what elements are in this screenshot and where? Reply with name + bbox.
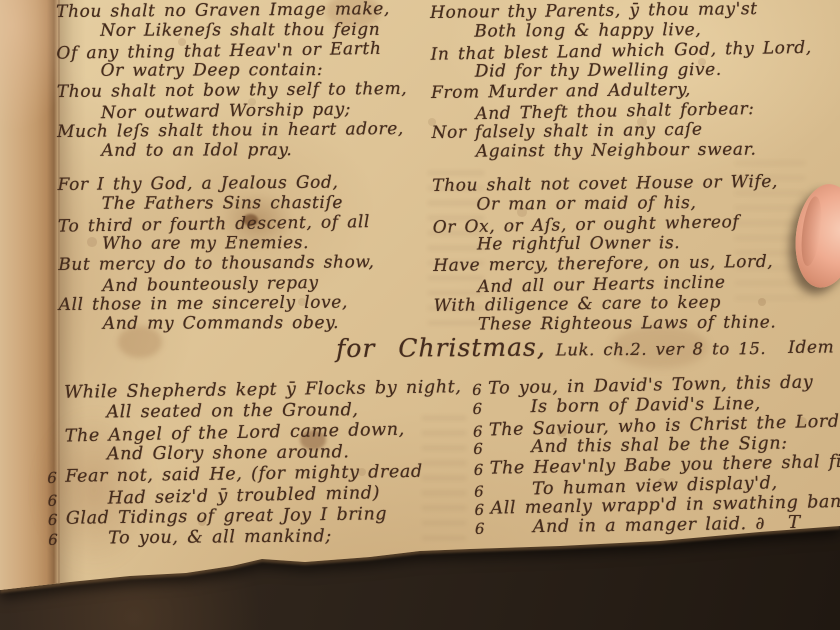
verse-line: 6And in a manger laid. ∂ <box>475 512 840 538</box>
verse-line: Thou shalt no Graven Image make, <box>56 0 407 22</box>
hymn-title: for Christmas, <box>336 333 546 363</box>
hymn-column-christmas-right: 6To you, in David's Town, this day6Is bo… <box>472 371 840 539</box>
tune-idem-note: Idem <box>788 338 834 358</box>
verse-repeat-mark: 6 <box>473 439 483 459</box>
verse-text: Much leſs shalt thou in heart adore, <box>57 119 404 142</box>
verse-line: Who are my Enemies. <box>102 233 409 254</box>
verse-text: Thou shalt no Graven Image make, <box>56 0 390 22</box>
verse-repeat-mark: 6 <box>47 468 57 489</box>
verse-line: 6To you, & all mankind; <box>48 525 464 550</box>
verse-text: And to an Idol pray. <box>101 140 292 161</box>
manuscript-photo: Thou shalt no Graven Image make,Nor Like… <box>0 0 840 630</box>
hymn-column-christmas-left: While Shepherds kept ȳ Flocks by night,A… <box>46 377 464 551</box>
stanza: Thou shalt not covet House or Wife,Or ma… <box>432 171 815 336</box>
verse-text: To you, & all mankind; <box>108 526 332 548</box>
verse-text: He rightful Owner is. <box>477 233 680 254</box>
verse-line: For I thy God, a Jealous God, <box>58 172 409 195</box>
verse-text: Did for thy Dwelling give. <box>475 60 722 82</box>
verse-text: Both long & happy live, <box>474 20 701 42</box>
verse-text: And in a manger laid. ∂ <box>533 514 765 537</box>
stanza: Honour thy Parents, ȳ thou may'stBoth lo… <box>430 0 813 163</box>
catchword: T <box>788 512 801 533</box>
verse-text: But mercy do to thousands show, <box>58 252 374 275</box>
verse-line: The Fathers Sins chastiſe <box>102 193 409 214</box>
verse-text: Against thy Neighbour swear. <box>476 140 757 162</box>
verse-text: Or man or maid of his, <box>476 193 696 215</box>
verse-repeat-mark: 6 <box>472 399 482 419</box>
hymn-heading: for Christmas,Luk. ch.2. ver 8 to 15.Ide… <box>336 330 840 374</box>
verse-line: Or watry Deep contain: <box>101 60 408 81</box>
verse-text: From Murder and Adultery, <box>431 80 691 103</box>
verse-text: Glad Tidings of great Joy I bring <box>66 504 388 528</box>
verse-text: The Fathers Sins chastiſe <box>102 193 343 214</box>
paper-freckles <box>0 0 4 4</box>
page-shadow-wrap: Thou shalt no Graven Image make,Nor Like… <box>0 0 840 630</box>
verse-line: All those in me sincerely love, <box>59 292 410 315</box>
verse-text: And Glory shone around. <box>107 442 350 464</box>
stanza: Thou shalt no Graven Image make,Nor Like… <box>56 0 408 162</box>
verse-repeat-mark: 6 <box>475 519 485 539</box>
hymn-column-commandments-left: Thou shalt no Graven Image make,Nor Like… <box>56 0 409 335</box>
hymn-column-commandments-right: Honour thy Parents, ȳ thou may'stBoth lo… <box>430 0 815 336</box>
verse-line: Against thy Neighbour swear. <box>476 139 813 161</box>
verse-repeat-mark: 6 <box>48 510 58 531</box>
verse-text: All those in me sincerely love, <box>59 292 348 315</box>
verse-text: Or watry Deep contain: <box>101 60 324 81</box>
verse-line: And to an Idol pray. <box>101 140 408 161</box>
verse-line: Much leſs shalt thou in heart adore, <box>57 119 408 142</box>
verse-text: Who are my Enemies. <box>102 233 309 254</box>
verse-repeat-mark: 6 <box>474 460 485 480</box>
verse-repeat-mark: 6 <box>48 530 58 551</box>
scripture-reference: Luk. ch.2. ver 8 to 15. <box>556 339 767 359</box>
verse-text: All seated on the Ground, <box>106 400 358 422</box>
manuscript-page: Thou shalt no Graven Image make,Nor Like… <box>0 0 840 630</box>
stanza: For I thy God, a Jealous God,The Fathers… <box>58 172 410 335</box>
verse-line: Nor Likeneſs shalt thou feign <box>100 20 407 41</box>
verse-text: And my Commands obey. <box>103 313 339 334</box>
verse-line: And my Commands obey. <box>103 313 410 334</box>
verse-text: For I thy God, a Jealous God, <box>58 173 339 195</box>
verse-text: Nor Likeneſs shalt thou feign <box>100 20 380 41</box>
